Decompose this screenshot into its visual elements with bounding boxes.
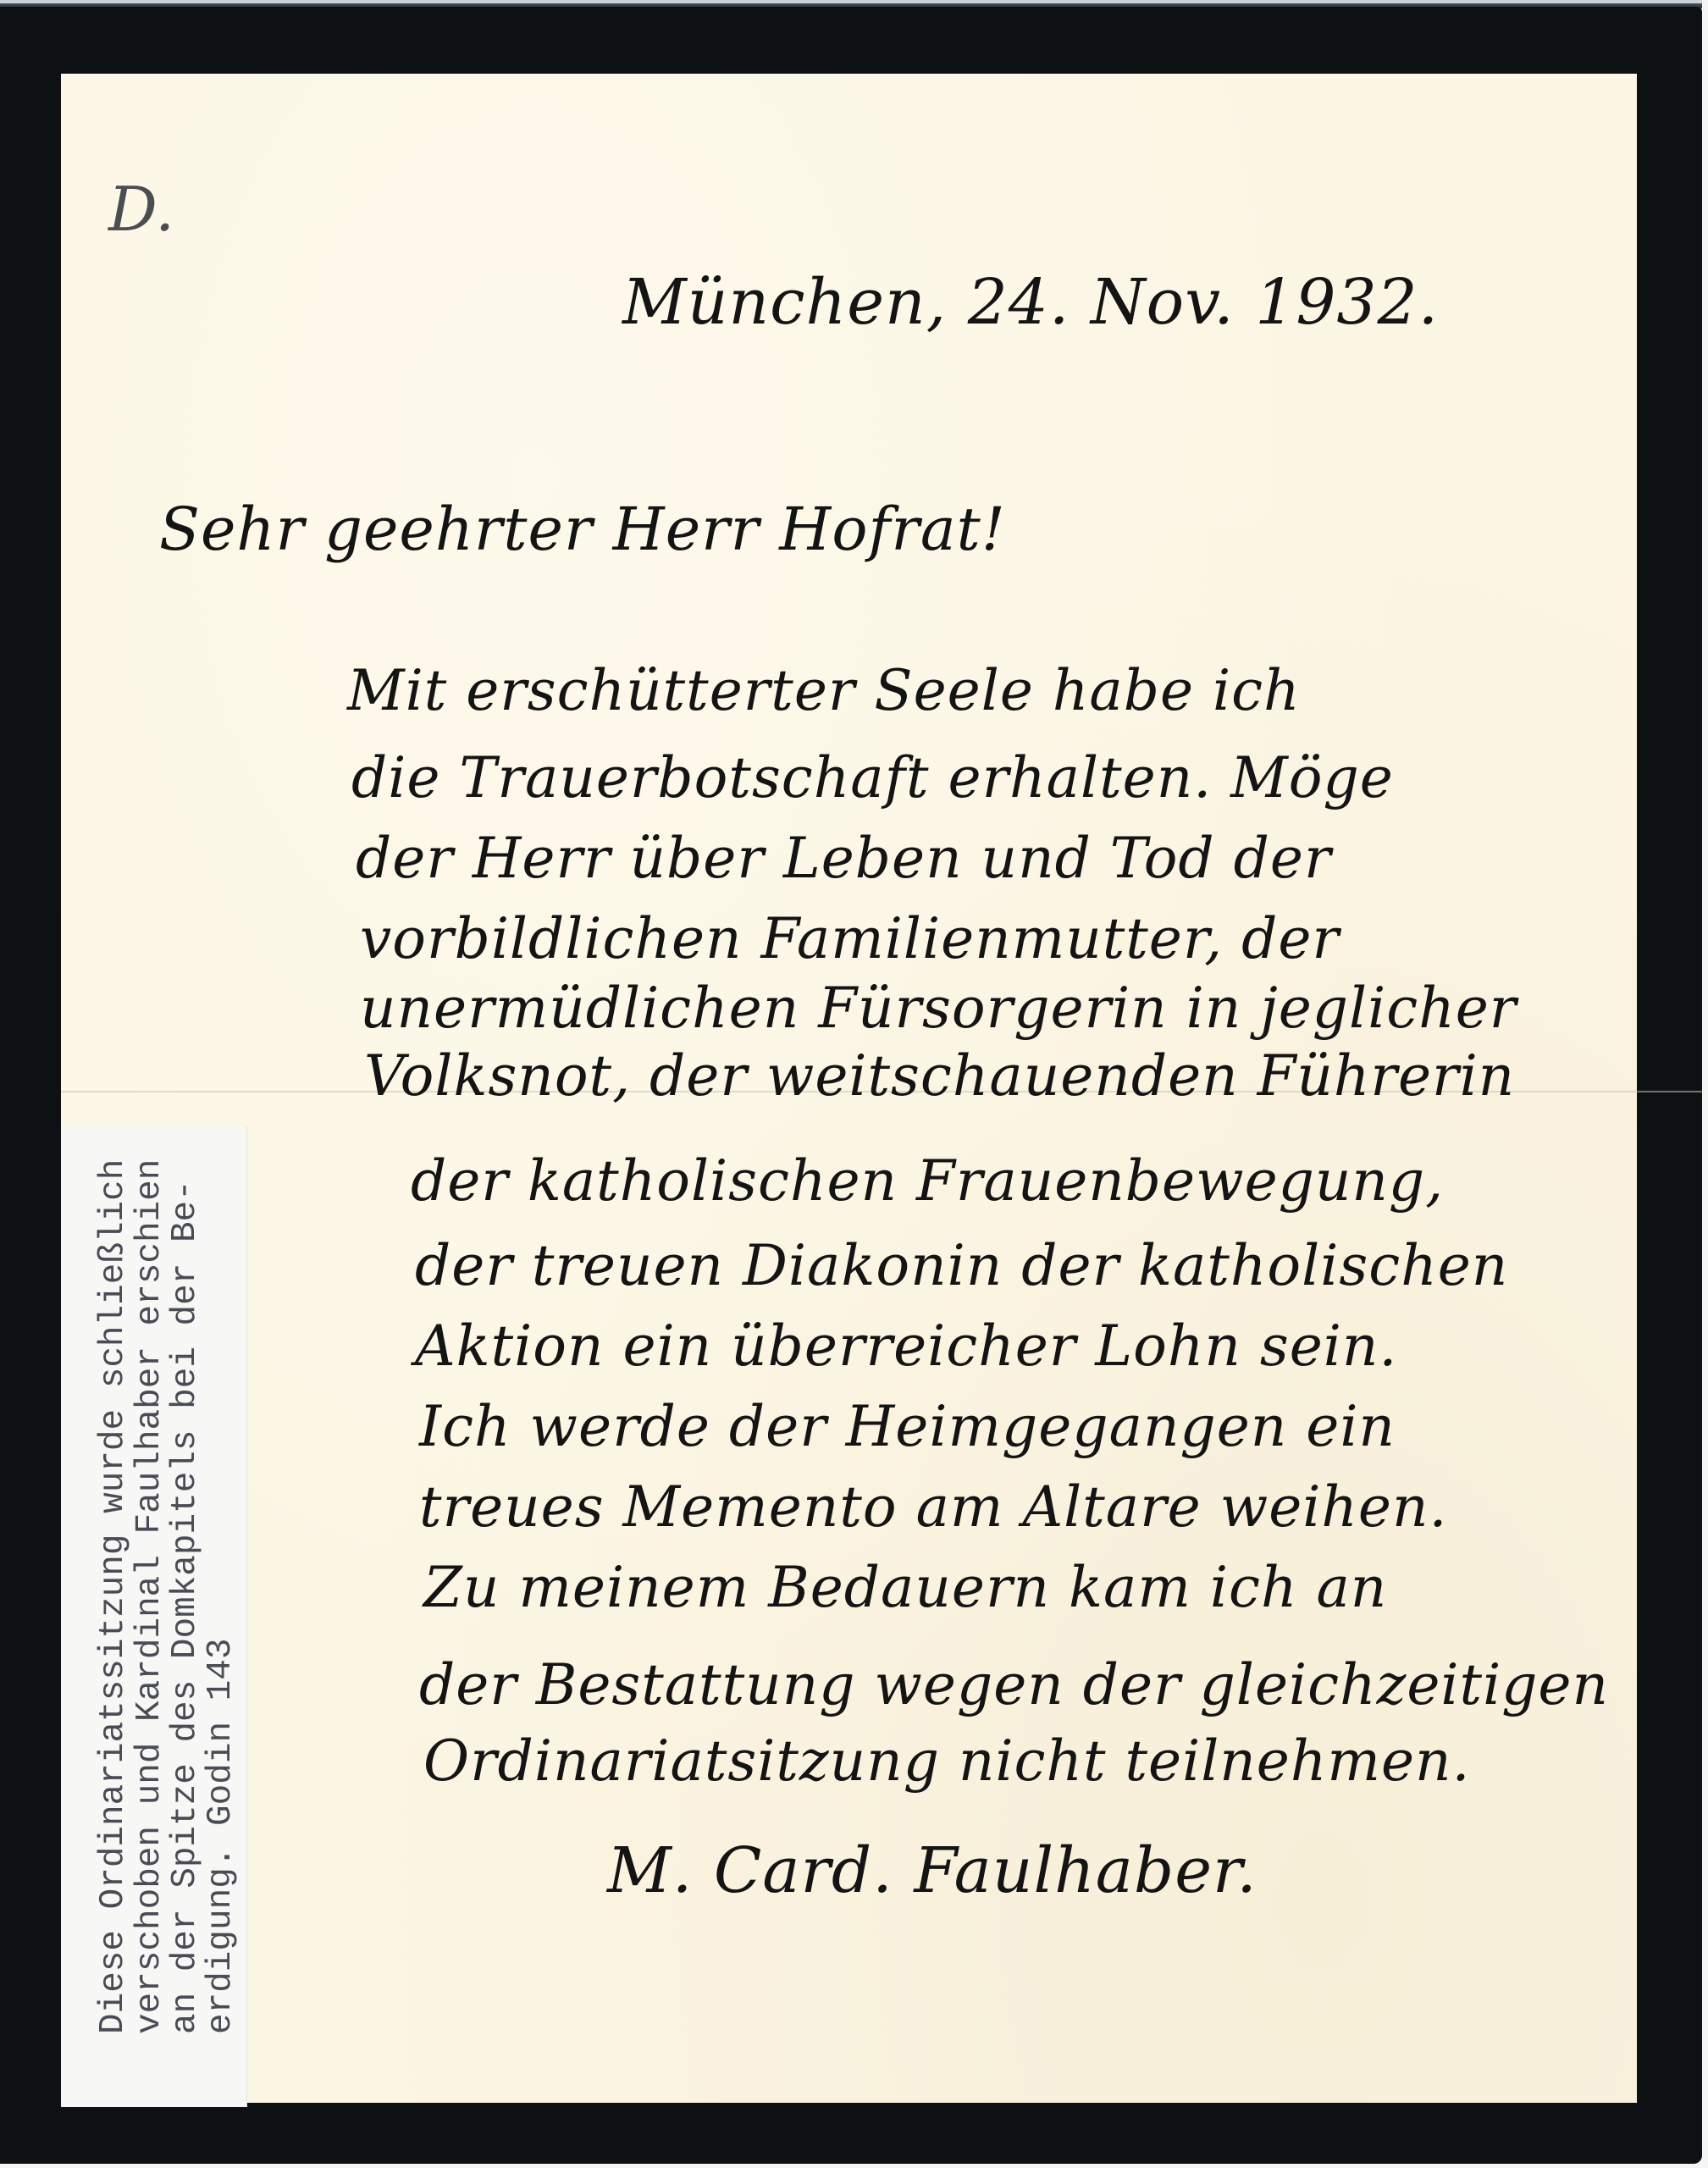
body-line: Volksnot, der weitschauenden Führerin (364, 1048, 1515, 1104)
annotation-slip-text: Diese Ordinariatssitzung wurde schließli… (61, 1126, 246, 2107)
slip-line: erdigung. Godin 143 (204, 1639, 239, 2034)
body-line: vorbildlichen Familienmutter, der (360, 911, 1340, 967)
body-line: Mit erschütterter Seele habe ich (347, 663, 1301, 719)
salutation: Sehr geehrter Herr Hofrat! (159, 500, 1006, 559)
signature: M. Card. Faulhaber. (607, 1839, 1258, 1902)
annotation-slip: Diese Ordinariatssitzung wurde schließli… (61, 1126, 246, 2107)
archive-mark: D. (108, 174, 174, 245)
slip-line: an der Spitze des Domkapitels bei der Be… (169, 1180, 203, 2034)
body-line: unermüdlichen Fürsorgerin in jeglicher (360, 981, 1517, 1037)
body-line: Zu meinem Bedauern kam ich an (423, 1560, 1387, 1616)
body-line: die Trauerbotschaft erhalten. Möge (351, 750, 1394, 806)
body-line: der katholischen Frauenbewegung, (411, 1153, 1444, 1209)
slip-line: verschoben und Kardinal Faulhaber erschi… (133, 1159, 168, 2034)
date-line: München, 24. Nov. 1932. (622, 271, 1439, 334)
body-line: der treuen Diakonin der katholischen (415, 1238, 1508, 1294)
body-line: Aktion ein überreicher Lohn sein. (415, 1319, 1397, 1374)
body-line: der Bestattung wegen der gleichzeitigen (419, 1657, 1609, 1713)
body-line: der Herr über Leben und Tod der (356, 831, 1332, 887)
body-line: Ich werde der Heimgegangen ein (419, 1399, 1396, 1455)
body-line: Ordinariatsitzung nicht teilnehmen. (423, 1734, 1471, 1789)
body-line: treues Memento am Altare weihen. (419, 1479, 1447, 1535)
slip-line: Diese Ordinariatssitzung wurde schließli… (97, 1159, 131, 2034)
